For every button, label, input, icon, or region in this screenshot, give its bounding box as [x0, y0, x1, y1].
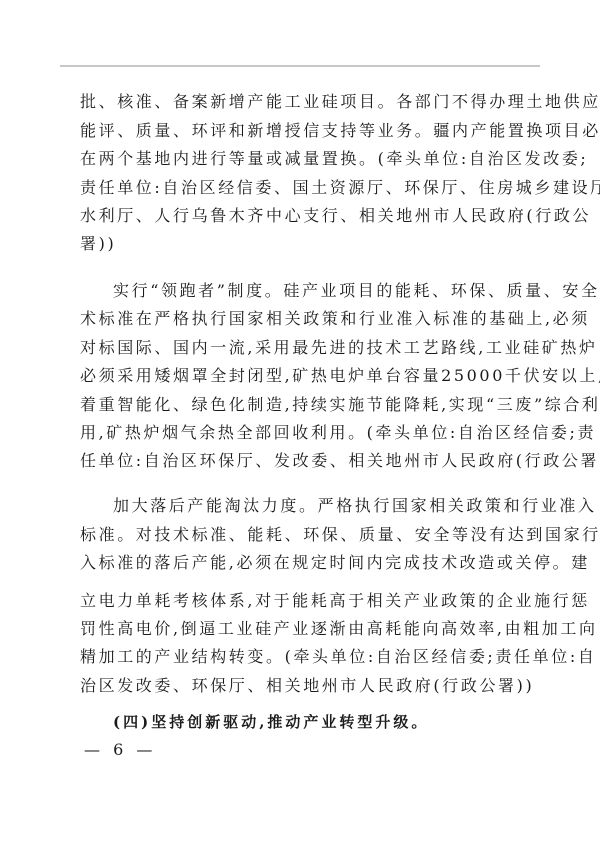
text-line: 任单位:自治区环保厅、发改委、相关地州市人民政府(行政公署)): [80, 451, 540, 471]
text-line: 能评、质量、环评和新增授信支持等业务。疆内产能置换项目必须: [80, 121, 540, 141]
text-line: 批、核准、备案新增产能工业硅项目。各部门不得办理土地供应、: [80, 92, 540, 112]
text-line: 术标准在严格执行国家相关政策和行业准入标准的基础上,必须: [80, 309, 540, 329]
text-line: 着重智能化、绿色化制造,持续实施节能降耗,实现“三废”综合利: [80, 395, 540, 415]
text-line: 标准。对技术标准、能耗、环保、质量、安全等没有达到国家行业准: [80, 525, 540, 545]
text-line: 精加工的产业结构转变。(牵头单位:自治区经信委;责任单位:自: [80, 647, 540, 667]
page-number: — 6 —: [84, 740, 156, 759]
text-line: 治区发改委、环保厅、相关地州市人民政府(行政公署)): [80, 676, 540, 696]
text-line: 在两个基地内进行等量或减量置换。(牵头单位:自治区发改委;: [80, 149, 540, 169]
text-line: 用,矿热炉烟气余热全部回收利用。(牵头单位:自治区经信委;责: [80, 423, 540, 443]
text-line: 立电力单耗考核体系,对于能耗高于相关产业政策的企业施行惩: [80, 591, 540, 611]
text-line: 水利厅、人行乌鲁木齐中心支行、相关地州市人民政府(行政公: [80, 206, 540, 226]
text-line: 责任单位:自治区经信委、国土资源厅、环保厅、住房城乡建设厅、: [80, 178, 540, 198]
header-rule: [60, 65, 540, 67]
text-line: 入标准的落后产能,必须在规定时间内完成技术改造或关停。建: [80, 553, 540, 573]
text-line: 必须采用矮烟罩全封闭型,矿热电炉单台容量25000千伏安以上,: [80, 366, 540, 386]
text-line: 署)): [80, 234, 540, 254]
text-line: 对标国际、国内一流,采用最先进的技术工艺路线,工业硅矿热炉: [80, 338, 540, 358]
paragraph-start-line: 实行“领跑者”制度。硅产业项目的能耗、环保、质量、安全、技: [113, 281, 573, 301]
text-line: 罚性高电价,倒逼工业硅产业逐渐由高耗能向高效率,由粗加工向: [80, 619, 540, 639]
section-heading: (四)坚持创新驱动,推动产业转型升级。: [113, 712, 573, 732]
paragraph-start-line: 加大落后产能淘汰力度。严格执行国家相关政策和行业准入: [113, 496, 573, 516]
